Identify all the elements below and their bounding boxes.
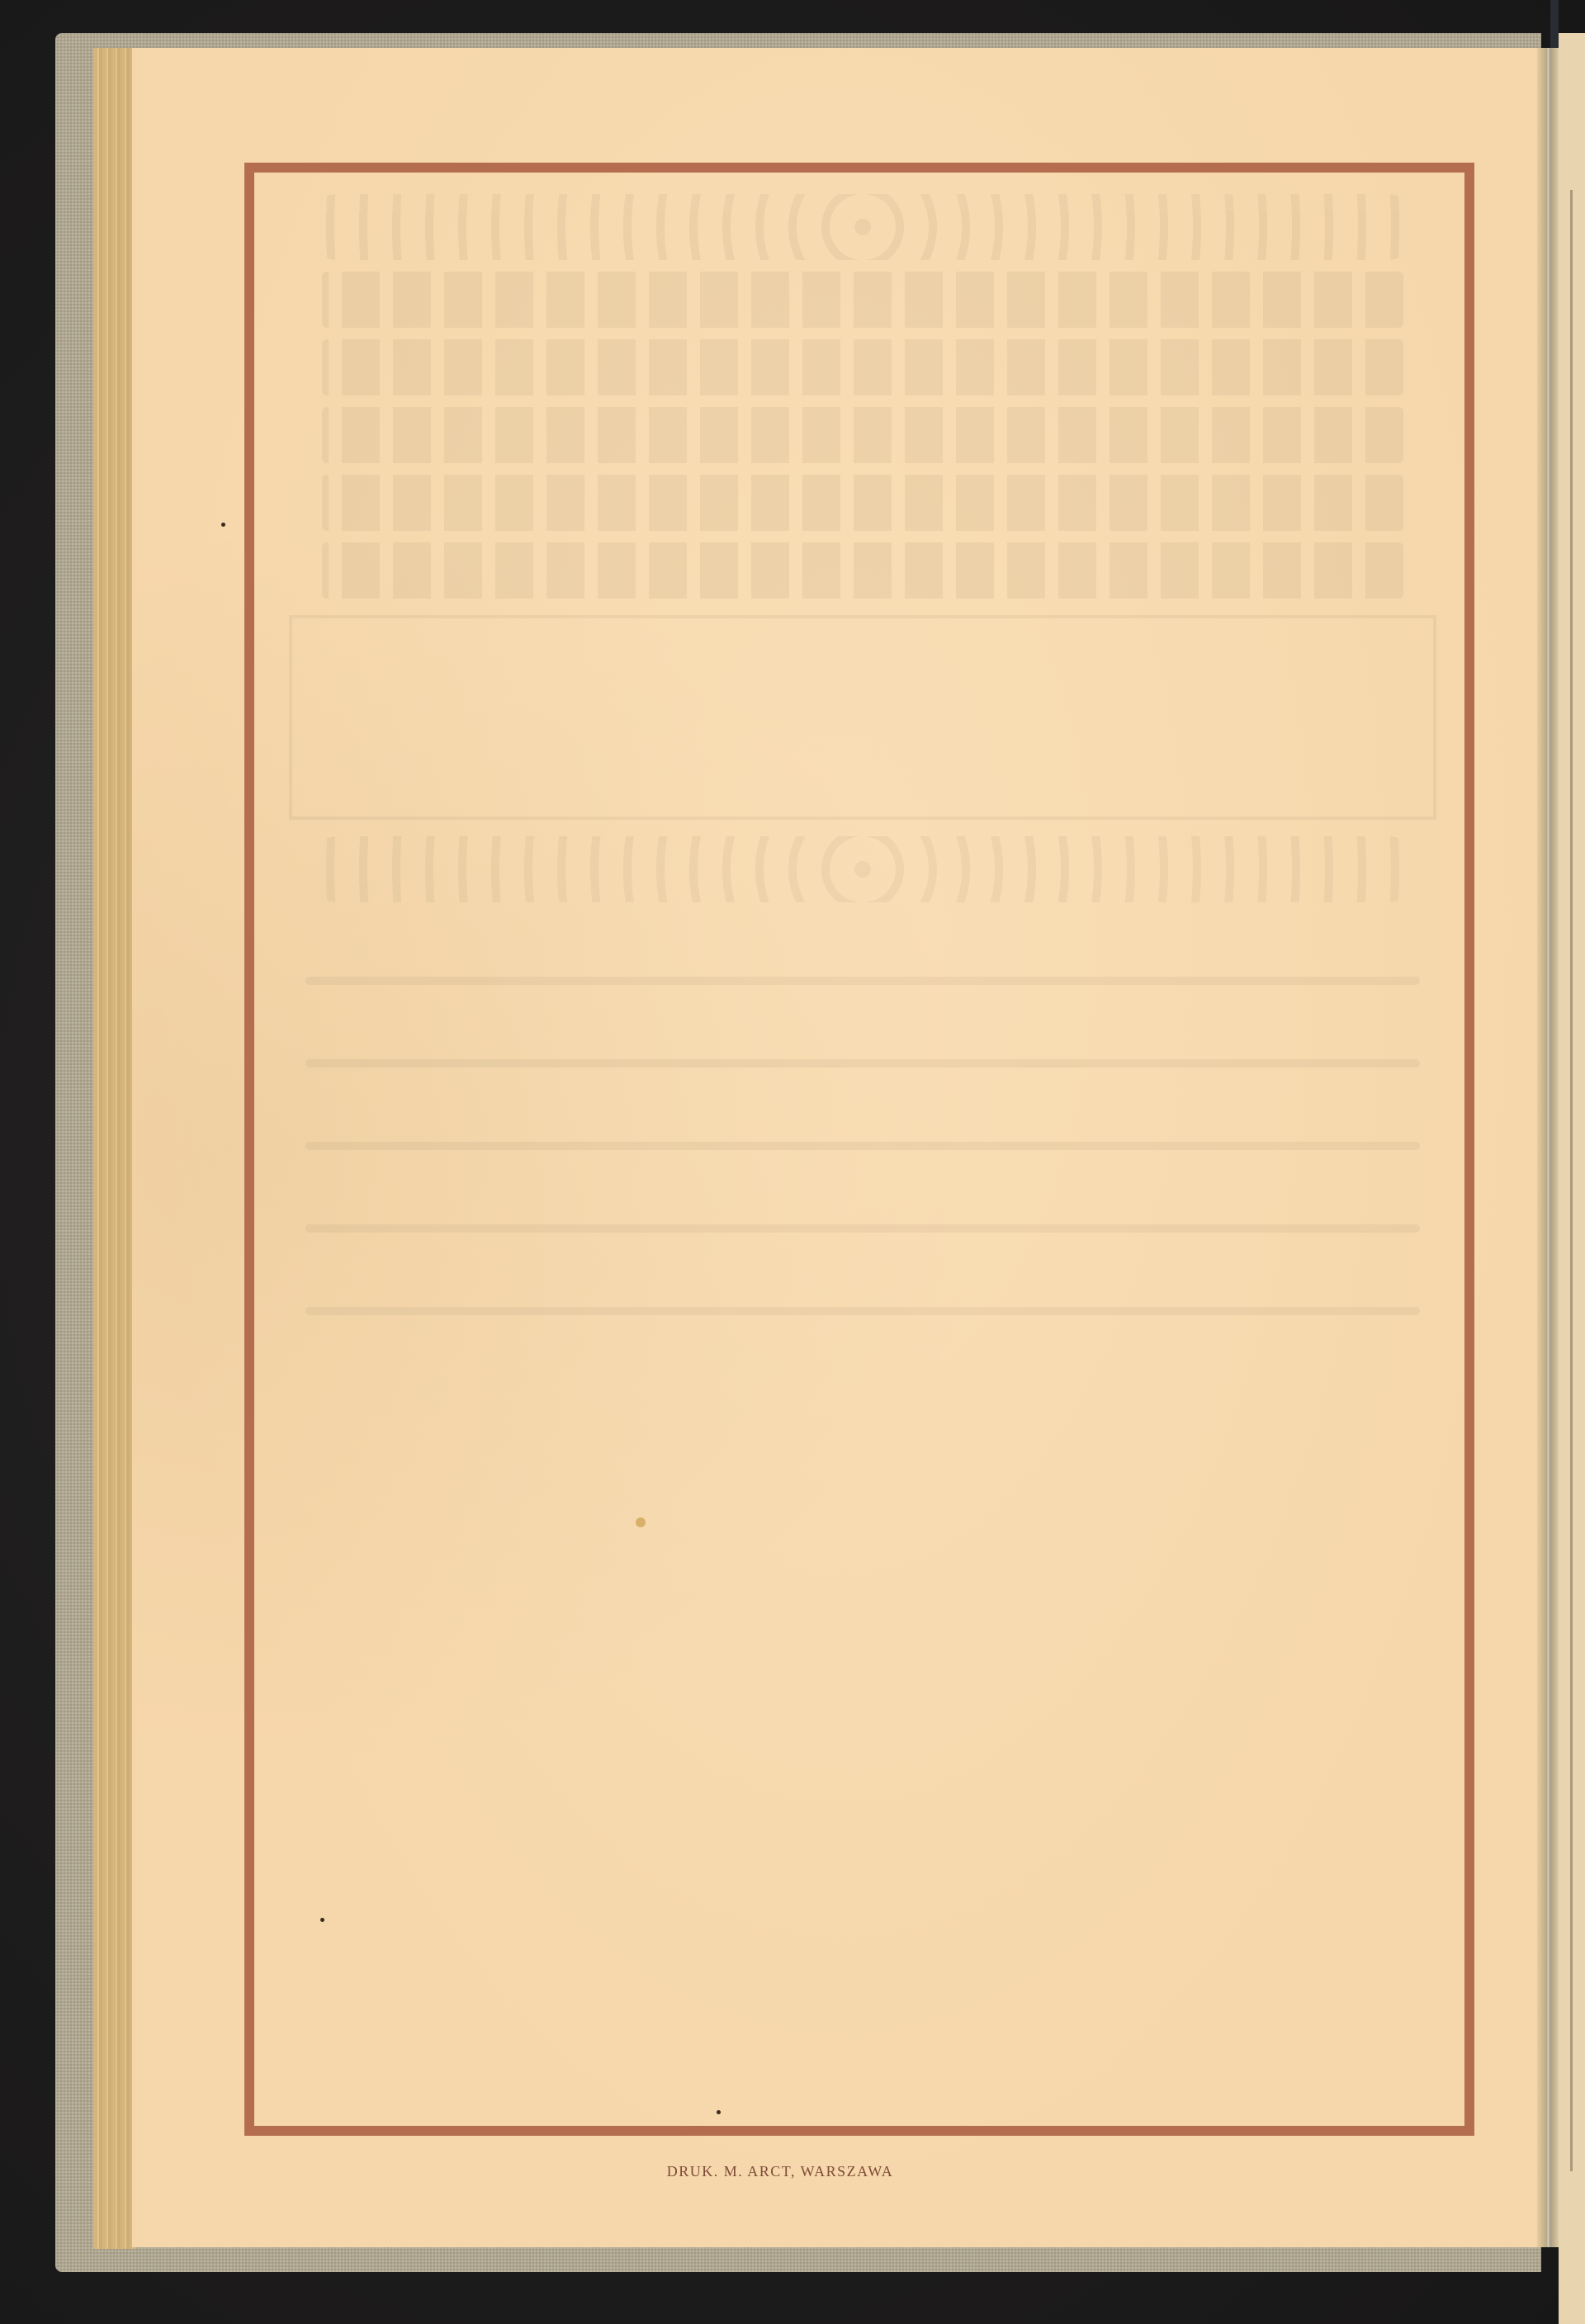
printer-imprint: DRUK. M. ARCT, WARSZAWA: [0, 2163, 1560, 2180]
facing-page-frame-line: [1570, 190, 1573, 2171]
paper-speck: [221, 523, 225, 527]
paper-stain: [636, 1517, 646, 1527]
decorative-frame-border: [244, 163, 1474, 2136]
book-gutter: [1537, 48, 1559, 2247]
facing-page-edge: [1559, 33, 1585, 2324]
page-edges: [93, 48, 135, 2249]
paper-speck: [320, 1918, 324, 1922]
spine-shadow: [1550, 0, 1559, 48]
paper-speck: [717, 2110, 721, 2114]
